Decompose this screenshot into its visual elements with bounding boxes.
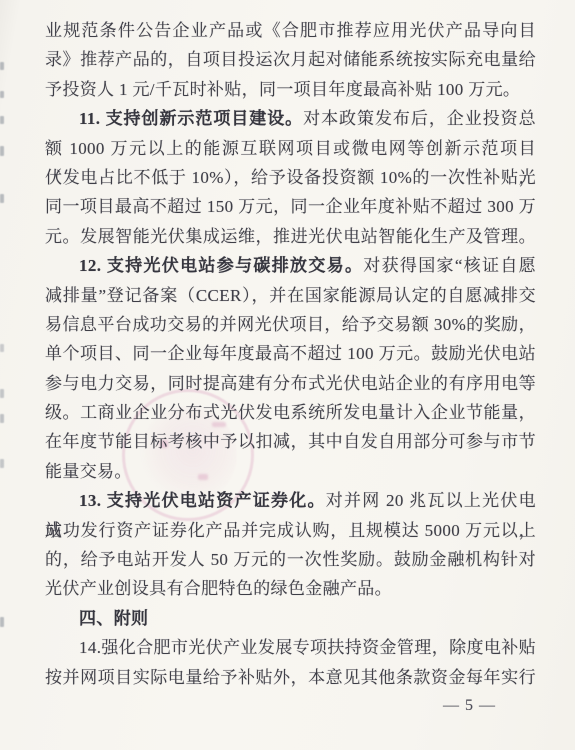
scan-artifact (0, 414, 4, 423)
scan-artifact (0, 389, 4, 398)
text-line: 单个项目、同一企业每年度最高不超过 100 万元。鼓励光伏电站 (45, 339, 536, 368)
text-line: 级。工商业企业分布式光伏发电系统所发电量计入企业节能量， (45, 398, 536, 427)
text-line: 在年度节能目标考核中予以扣减，其中自发自用部分可参与市节 (45, 427, 536, 456)
scan-artifact (0, 344, 4, 352)
paragraph: 业规范条件公告企业产品或《合肥市推荐应用光伏产品导向目录》推荐产品的，自项目投运… (45, 16, 536, 104)
scan-artifact (0, 194, 4, 203)
text-line: 13. 支持光伏电站资产证券化。对并网 20 兆瓦以上光伏电站， (45, 486, 536, 515)
text-line: 参与电力交易，同时提高建有分布式光伏电站企业的有序用电等 (45, 369, 536, 398)
paragraph: 14.强化合肥市光伏产业发展专项扶持资金管理，除度电补贴按并网项目实际电量给予补… (45, 633, 536, 692)
text-line: 易信息平台成功交易的并网光伏项目，给予交易额 30%的奖励， (45, 310, 536, 339)
text-line: 能量交易。 (45, 457, 536, 486)
text-line: 予投资人 1 元/千瓦时补贴，同一项目年度最高补贴 100 万元。 (45, 75, 536, 104)
scan-artifact (0, 459, 4, 468)
text-line: 元。发展智能光伏集成运维，推进光伏电站智能化生产及管理。 (45, 222, 536, 251)
text-line: 额 1000 万元以上的能源互联网项目或微电网等创新示范项目（光 (45, 134, 536, 163)
paragraph: 11. 支持创新示范项目建设。对本政策发布后，企业投资总额 1000 万元以上的… (45, 104, 536, 251)
text-line: 四、附则 (45, 604, 536, 633)
scan-artifact (0, 146, 4, 156)
scan-artifact (0, 62, 4, 70)
scan-artifact (0, 116, 4, 124)
document-body: 业规范条件公告企业产品或《合肥市推荐应用光伏产品导向目录》推荐产品的，自项目投运… (45, 16, 536, 692)
text-line: 14.强化合肥市光伏产业发展专项扶持资金管理，除度电补贴 (45, 633, 536, 662)
text-line: 的，给予电站开发人 50 万元的一次性奖励。鼓励金融机构针对 (45, 545, 536, 574)
text-line: 11. 支持创新示范项目建设。对本政策发布后，企业投资总 (45, 104, 536, 133)
paragraph: 13. 支持光伏电站资产证券化。对并网 20 兆瓦以上光伏电站，成功发行资产证券… (45, 486, 536, 604)
text-line: 12. 支持光伏电站参与碳排放交易。对获得国家“核证自愿 (45, 251, 536, 280)
page-number: — 5 — (443, 697, 513, 715)
scan-artifact (0, 617, 4, 627)
text-line: 录》推荐产品的，自项目投运次月起对储能系统按实际充电量给 (45, 45, 536, 74)
text-line: 业规范条件公告企业产品或《合肥市推荐应用光伏产品导向目 (45, 16, 536, 45)
text-line: 按并网项目实际电量给予补贴外，本意见其他条款资金每年实行 (45, 663, 536, 692)
text-line: 伏发电占比不低于 10%），给予设备投资额 10%的一次性补贴， (45, 163, 536, 192)
scanned-document-page: 业规范条件公告企业产品或《合肥市推荐应用光伏产品导向目录》推荐产品的，自项目投运… (0, 0, 575, 750)
scan-artifact (0, 91, 4, 98)
text-line: 光伏产业创设具有合肥特色的绿色金融产品。 (45, 574, 536, 603)
paragraph: 12. 支持光伏电站参与碳排放交易。对获得国家“核证自愿减排量”登记备案（CCE… (45, 251, 536, 486)
paragraph: 四、附则 (45, 604, 536, 633)
text-line: 成功发行资产证券化产品并完成认购，且规模达 5000 万元以上 (45, 516, 536, 545)
text-line: 同一项目最高不超过 150 万元，同一企业年度补贴不超过 300 万 (45, 192, 536, 221)
text-line: 减排量”登记备案（CCER），并在国家能源局认定的自愿减排交 (45, 281, 536, 310)
